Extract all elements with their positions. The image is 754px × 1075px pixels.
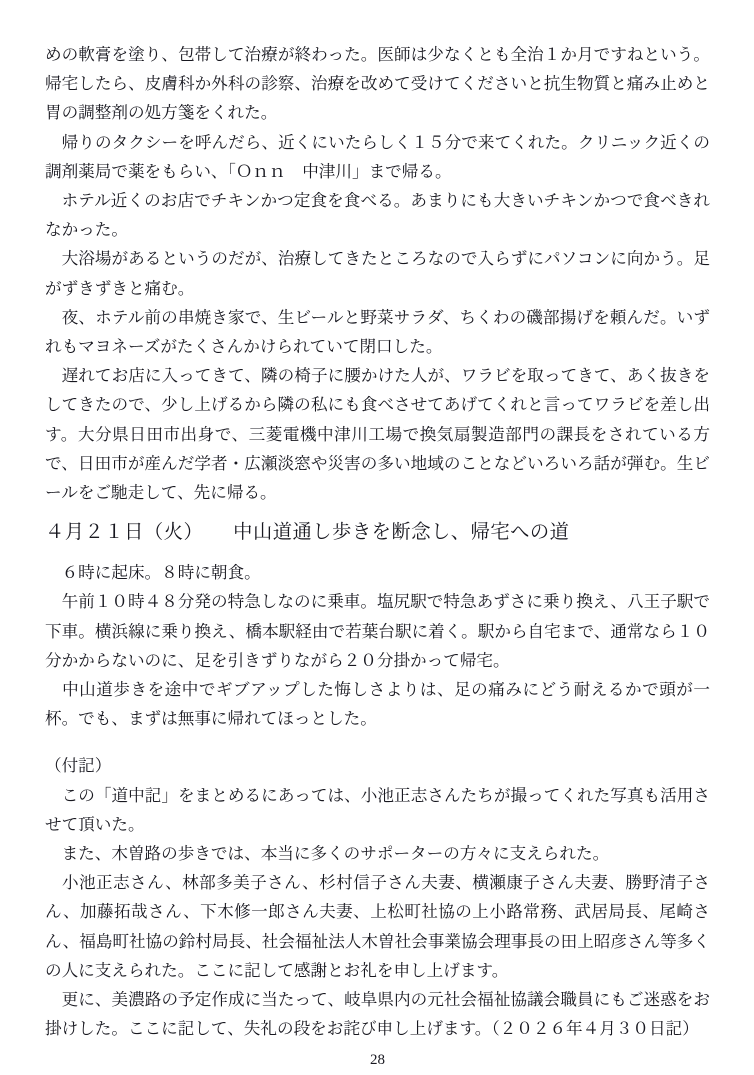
paragraph: 帰りのタクシーを呼んだら、近くにいたらしく１５分で来てくれた。クリニック近くの調… <box>45 128 710 186</box>
paragraph: めの軟膏を塗り、包帯して治療が終わった。医師は少なくとも全治１か月ですねという。… <box>45 40 710 128</box>
paragraph: この「道中記」をまとめるにあっては、小池正志さんたちが撮ってくれた写真も活用させ… <box>45 781 710 839</box>
paragraph: 午前１０時４８分発の特急しなのに乗車。塩尻駅で特急あずさに乗り換え、八王子駅で下… <box>45 587 710 675</box>
paragraph: 更に、美濃路の予定作成に当たって、岐阜県内の元社会福祉協議会職員にもご迷惑をお掛… <box>45 985 710 1043</box>
paragraph: 遅れてお店に入ってきて、隣の椅子に腰かけた人が、ワラビを取ってきて、あく抜きをし… <box>45 361 710 507</box>
page-body: めの軟膏を塗り、包帯して治療が終わった。医師は少なくとも全治１か月ですねという。… <box>45 40 710 1044</box>
postscript-label: （付記） <box>45 751 710 780</box>
paragraph: 中山道歩きを途中でギブアップした悔しさよりは、足の痛みにどう耐えるかで頭が一杯。… <box>45 675 710 733</box>
entry-heading: ４月２１日（火） 中山道通し歩きを断念し、帰宅への道 <box>45 517 710 548</box>
page-number: 28 <box>45 1050 710 1070</box>
paragraph: 小池正志さん、林部多美子さん、杉村信子さん夫妻、横瀬康子さん夫妻、勝野清子さん、… <box>45 868 710 985</box>
document-page: めの軟膏を塗り、包帯して治療が終わった。医師は少なくとも全治１か月ですねという。… <box>0 0 754 1075</box>
paragraph: 大浴場があるというのだが、治療してきたところなので入らずにパソコンに向かう。足が… <box>45 244 710 302</box>
paragraph: 夜、ホテル前の串焼き家で、生ビールと野菜サラダ、ちくわの磯部揚げを頼んだ。いずれ… <box>45 303 710 361</box>
paragraph: また、木曽路の歩きでは、本当に多くのサポーターの方々に支えられた。 <box>45 839 710 868</box>
paragraph: ホテル近くのお店でチキンかつ定食を食べる。あまりにも大きいチキンかつで食べきれな… <box>45 186 710 244</box>
paragraph: ６時に起床。８時に朝食。 <box>45 558 710 587</box>
